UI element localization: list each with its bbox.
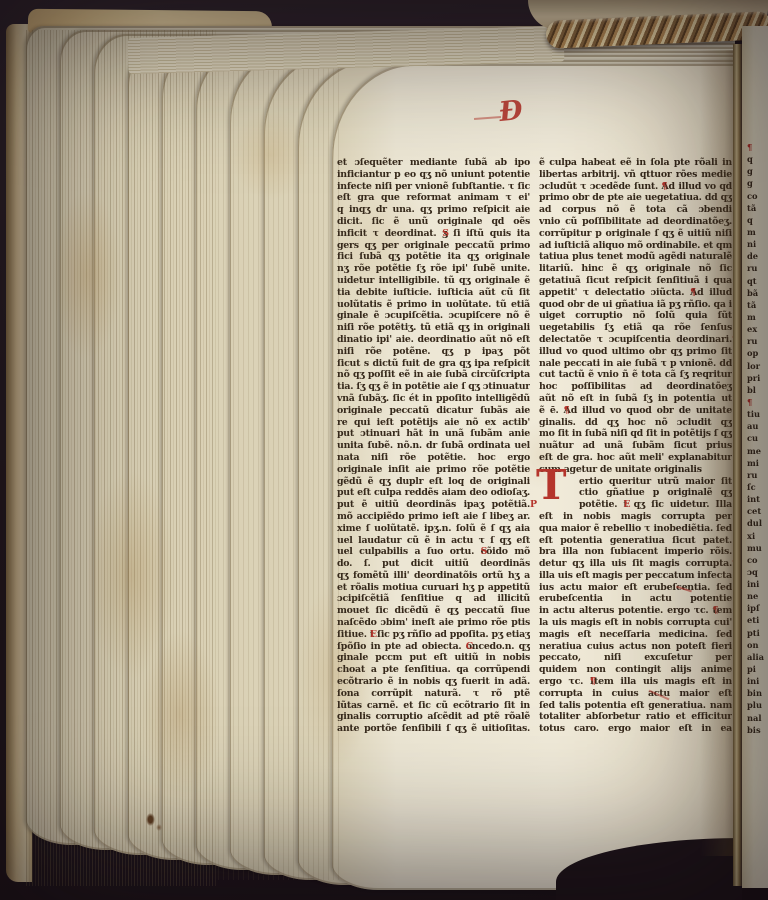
text-line: gẽdũ ẽ qʒ duplr eſt loq de originali pcc… <box>337 476 530 488</box>
sliver-text-line: eti <box>747 614 767 626</box>
edge-stain <box>230 110 310 200</box>
text-line: q inqʒ dr una. qʒ primo reſpicit aie ſub… <box>337 204 530 216</box>
text-line: tia debite iuſticie. iuſticia aũt cũ ſit… <box>337 287 530 299</box>
text-line: infecte niſi per vnionẽ ſubſtantie. τ ſi… <box>337 181 530 193</box>
sliver-text-line: nal <box>747 712 767 724</box>
text-line: nʒ rõe potẽtie ſʒ rõe ipi' ſubẽ unite. h… <box>337 263 530 275</box>
text-line: xime ſ uolũtatẽ. ipʒ.n. ſolũ ẽ ſ qʒ aia … <box>337 523 530 535</box>
sliver-text-line: xi <box>747 530 767 542</box>
text-line: tia. ſʒ qʒ ẽ in potẽtie aie ſ qʒ ɔtinuat… <box>337 381 530 393</box>
sliver-text-line: pti <box>747 627 767 639</box>
text-line: put eſt culpa reddẽs aiam deo odioſaʒ. a… <box>337 487 530 499</box>
sliver-text-line: bl <box>747 384 767 396</box>
sliver-text-line: dul <box>747 517 767 529</box>
sliver-text-line: qt <box>747 275 767 287</box>
sliver-text-line: mu <box>747 542 767 554</box>
text-line: ginale ẽ ɔcupiſcẽtia. ɔcupiſcere nõ ẽ ac… <box>337 310 530 322</box>
sliver-text-line: ru <box>747 335 767 347</box>
text-line: ɔcipiſcẽtiã ſenſitiue q ad illicitũ impe… <box>337 593 530 605</box>
sliver-text-line: me <box>747 445 767 457</box>
sliver-text-line: ini <box>747 578 767 590</box>
text-line: do. ſ. put dicit uitiũ deordinãs potẽtia… <box>337 558 530 570</box>
edge-stain <box>140 630 220 800</box>
red-drop-cap: T <box>536 467 567 504</box>
sliver-text-line: g <box>747 165 767 177</box>
text-line: et ɔſequẽter mediante ſubã ab ipo potẽti… <box>337 157 530 169</box>
text-line: ginalis corruptio aſcẽdit ad ptẽ rõalẽ m… <box>337 711 530 723</box>
sliver-text-line: bis <box>747 724 767 736</box>
sliver-text-line: bã <box>747 287 767 299</box>
text-line: eſt gra que reformat animam τ ei' potẽti… <box>337 192 530 204</box>
sliver-text-line: bin <box>747 687 767 699</box>
gutter-shading <box>700 50 735 856</box>
text-line: put ẽ uitiũ deordinãs ipaʒ potẽtiã. Prim… <box>337 499 530 511</box>
sliver-text-line: m <box>747 311 767 323</box>
text-line: unita ſubẽ. nõ.n. dr ſubã ordinata uel i… <box>337 440 530 452</box>
text-line: inficiantur p eo qʒ nõ uniunt potentie c… <box>337 169 530 181</box>
sliver-text-line: plu <box>747 699 767 711</box>
text-line: originale inſit aie primo rõe potẽtie in… <box>337 464 530 476</box>
sliver-text-line: ɔq <box>747 566 767 578</box>
text-line: lũtas carnẽ. et ſic cũ ecõtrario ſit in … <box>337 700 530 712</box>
sliver-text-line: ipſ <box>747 602 767 614</box>
sliver-text-line: co <box>747 190 767 202</box>
sliver-text-line: tiu <box>747 408 767 420</box>
sliver-text-line: ru <box>747 262 767 274</box>
sliver-text-line: q <box>747 153 767 165</box>
text-line: mouet ſic dicẽdũ ẽ qʒ peccatũ ſiue vitiu… <box>337 605 530 617</box>
text-line: re qui ieſt potẽtijs aie nõ ex actib' pp… <box>337 417 530 429</box>
sliver-text-line: alia <box>747 651 767 663</box>
ink-stain <box>156 824 162 831</box>
text-line: qʒ fomẽtũ illi' deordinatõis ortũ hʒ a c… <box>337 570 530 582</box>
text-line: put ɔtinuari hãt in unã ſubãm anie put e… <box>337 428 530 440</box>
text-line: nõ qʒ poſſit eẽ in aie ſubã circũſcripta… <box>337 369 530 381</box>
text-line: ante portõe ſenſibili ſ qʒ ẽ uitioſitas.… <box>337 723 530 735</box>
sliver-text-line: ſc <box>747 481 767 493</box>
sliver-text-line: pri <box>747 372 767 384</box>
gutter-fold <box>733 44 742 886</box>
left-text-column: et ɔſequẽter mediante ſubã ab ipo potẽti… <box>337 157 530 735</box>
sliver-text-line: ne <box>747 590 767 602</box>
text-line: ginale pccm put eſt uitiũ in nobis primo… <box>337 652 530 664</box>
red-quire-mark: Ð <box>498 97 524 126</box>
sliver-text-line: ¶ <box>747 396 767 408</box>
sliver-text-line: ni <box>747 238 767 250</box>
sliver-text-line: tã <box>747 202 767 214</box>
sliver-text-line: m <box>747 226 767 238</box>
text-line: ſitiue. Et ſic pʒ rñſio ad ppoſita. pʒ e… <box>337 629 530 641</box>
text-line: fici ſubã qʒ potẽtie ita qʒ originale in… <box>337 251 530 263</box>
text-line: originale peccatũ dicatur ſubãs aie reſp… <box>337 405 530 417</box>
sliver-text-line: cet <box>747 505 767 517</box>
sliver-text-line: op <box>747 347 767 359</box>
text-line: dicit. ſic ẽ unũ originale qd oẽs potẽti… <box>337 216 530 228</box>
sliver-text-line: mi <box>747 457 767 469</box>
sliver-text-line: ru <box>747 469 767 481</box>
book-photo: Ð et ɔſequẽter mediante ſubã ab ipo potẽ… <box>0 0 768 900</box>
text-line: gers qʒ per originale peccatũ primo hret… <box>337 240 530 252</box>
text-line: inficit τ deordinat. Sʒ ſi iſtũ quis ita… <box>337 228 530 240</box>
text-line: dinatio ipi' aie. deordinatio aũt nõ eſt… <box>337 334 530 346</box>
sliver-text-line: de <box>747 250 767 262</box>
text-line: ſona corrũpit naturã. τ rõ ptẽ ſenſibilẽ… <box>337 688 530 700</box>
sliver-text-line: q <box>747 214 767 226</box>
sliver-text-line: ini <box>747 675 767 687</box>
sliver-text-line: ¶ <box>747 141 767 153</box>
sliver-text-line: ex <box>747 323 767 335</box>
sliver-text-line: pi <box>747 663 767 675</box>
text-line: choat a pte ſenſitiua. qa corrũpendi mod… <box>337 664 530 676</box>
ink-stain <box>146 813 155 826</box>
sliver-text-line: int <box>747 493 767 505</box>
sliver-text-line: cu <box>747 432 767 444</box>
text-line: uel laudatur cũ ẽ in actu τ ſ qʒ eſt lau… <box>337 535 530 547</box>
sliver-text-line: tã <box>747 299 767 311</box>
facing-page-text-fragments: ¶qggcotãqmnideruqtbãtãmexruoplorpribl¶ti… <box>747 141 767 741</box>
text-line: uidetur intelligibile. tũ qʒ originale ẽ… <box>337 275 530 287</box>
text-line: mõ accipiẽdo primo ieſt aie ſ libeʒ ar. … <box>337 511 530 523</box>
text-line: ſpõſio in pte ad obiecta. Concedo.n. qʒ … <box>337 641 530 653</box>
sliver-text-line: au <box>747 420 767 432</box>
text-line: niſi rõe potẽne. qʒ p ipaʒ põt deordiari… <box>337 346 530 358</box>
text-line: et rõalis motiua curuari hʒ p appetitũ ſ… <box>337 582 530 594</box>
sliver-text-line: on <box>747 639 767 651</box>
text-line: vnã ſubãʒ. ſic ét in ppoſito intelligẽdũ… <box>337 393 530 405</box>
text-line: uel culpabilis a ſuo ortu. Scõido mõ acc… <box>337 546 530 558</box>
text-line: niſi rõe potẽtiʒ. tũ etiã qʒ in original… <box>337 322 530 334</box>
sliver-text-line: co <box>747 554 767 566</box>
text-line: uolũtatis ẽ primo in uolũtate. tũ etiã q… <box>337 299 530 311</box>
text-line: ecõtrario ẽ in nobis qʒ fuerit in adã. i… <box>337 676 530 688</box>
text-line: ſicut s dictũ fuit de gra qʒ ipa reſpici… <box>337 358 530 370</box>
text-line: naſcẽdo ɔbim' ineſt aie primo rõe ptis ſ… <box>337 617 530 629</box>
edge-stain <box>52 190 122 360</box>
sliver-text-line: lor <box>747 360 767 372</box>
text-line: nata niſi rõe potẽtie. hoc ergo ſuppoſit… <box>337 452 530 464</box>
sliver-text-line: g <box>747 177 767 189</box>
